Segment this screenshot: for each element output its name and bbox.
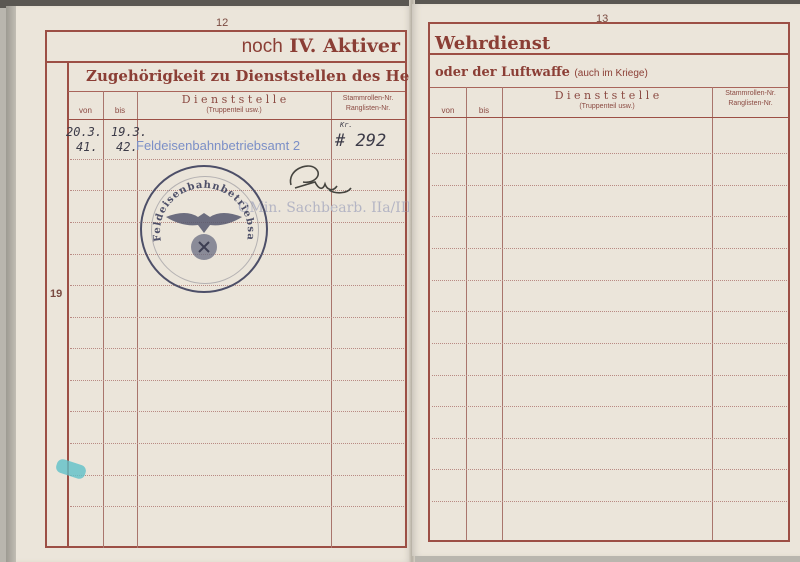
signature-icon: [285, 160, 355, 200]
left-col-bis: bis: [103, 106, 137, 115]
left-subtitle-divider: [68, 91, 405, 92]
eagle-emblem-icon: Feldeisenbahnbetriebsamt 2: [142, 167, 266, 291]
left-page-subtitle: Zugehörigkeit zu Dienststellen des Heere…: [86, 67, 445, 85]
row-line: [70, 475, 404, 476]
row-line: [432, 153, 787, 154]
row-line: [432, 311, 787, 312]
row-line: [432, 438, 787, 439]
subtitle-main: oder der Luftwaffe: [435, 65, 570, 80]
entry-bis-year: 42.: [116, 140, 138, 154]
right-col-ranglisten: Ranglisten-Nr.: [713, 100, 788, 107]
entry-von-day: 20.3.: [66, 125, 102, 139]
right-col-dienststelle-sub: (Truppenteil usw.): [502, 103, 712, 110]
right-col-dienststelle: D i e n s t s t e l l e: [502, 89, 712, 102]
right-col-divider-von-bis: [466, 87, 467, 540]
entry-stamm-label: Kr.: [340, 121, 353, 129]
title-main: IV. Aktiver: [289, 35, 400, 57]
left-col-dienststelle-sub: (Truppenteil usw.): [137, 107, 331, 114]
title-prefix: noch: [242, 36, 283, 57]
left-col-dienststelle: D i e n s t s t e l l e: [137, 93, 331, 106]
right-col-von: von: [430, 106, 466, 115]
row-line: [432, 248, 787, 249]
right-col-stammrollen: Stammrollen-Nr.: [713, 90, 788, 97]
row-line: [70, 506, 404, 507]
row-line: [432, 501, 787, 502]
left-col-von: von: [68, 106, 103, 115]
row-line: [432, 216, 787, 217]
row-line: [70, 348, 404, 349]
right-page-title: Wehrdienst: [435, 33, 550, 54]
row-line: [432, 469, 787, 470]
right-header-bottom-rule: [430, 117, 788, 118]
svg-text:Feldeisenbahnbetriebsamt 2: Feldeisenbahnbetriebsamt 2: [142, 167, 256, 242]
entry-dienststelle-stamp: Feldeisenbahnbetriebsamt 2: [136, 138, 300, 153]
entry-stamm-number: # 292: [335, 131, 386, 151]
row-line: [432, 343, 787, 344]
row-line: [432, 280, 787, 281]
row-line: [432, 406, 787, 407]
left-col-stammrollen: Stammrollen-Nr.: [332, 95, 404, 102]
entry-von-year: 41.: [76, 140, 98, 154]
row-line: [70, 317, 404, 318]
right-subtitle-divider: [430, 87, 788, 88]
row-line: [432, 185, 787, 186]
right-col-divider-bis-dienst: [502, 87, 503, 540]
right-col-divider-dienst-stamm: [712, 87, 713, 540]
left-margin-number: 19: [50, 288, 62, 300]
official-seal: Feldeisenbahnbetriebsamt 2: [140, 165, 268, 293]
right-col-bis: bis: [466, 106, 502, 115]
row-line: [70, 443, 404, 444]
subtitle-note: (auch im Kriege): [574, 68, 647, 79]
entry-bis-day: 19.3.: [111, 125, 147, 139]
row-line: [432, 375, 787, 376]
left-title-divider: [45, 61, 407, 63]
row-line: [70, 380, 404, 381]
row-line: [70, 411, 404, 412]
left-header-bottom-rule: [68, 119, 405, 120]
left-page-number: 12: [216, 17, 228, 29]
left-col-ranglisten: Ranglisten-Nr.: [332, 105, 404, 112]
left-page-title: noch IV. Aktiver: [40, 35, 400, 58]
right-page-subtitle: oder der Luftwaffe (auch im Kriege): [435, 65, 648, 80]
